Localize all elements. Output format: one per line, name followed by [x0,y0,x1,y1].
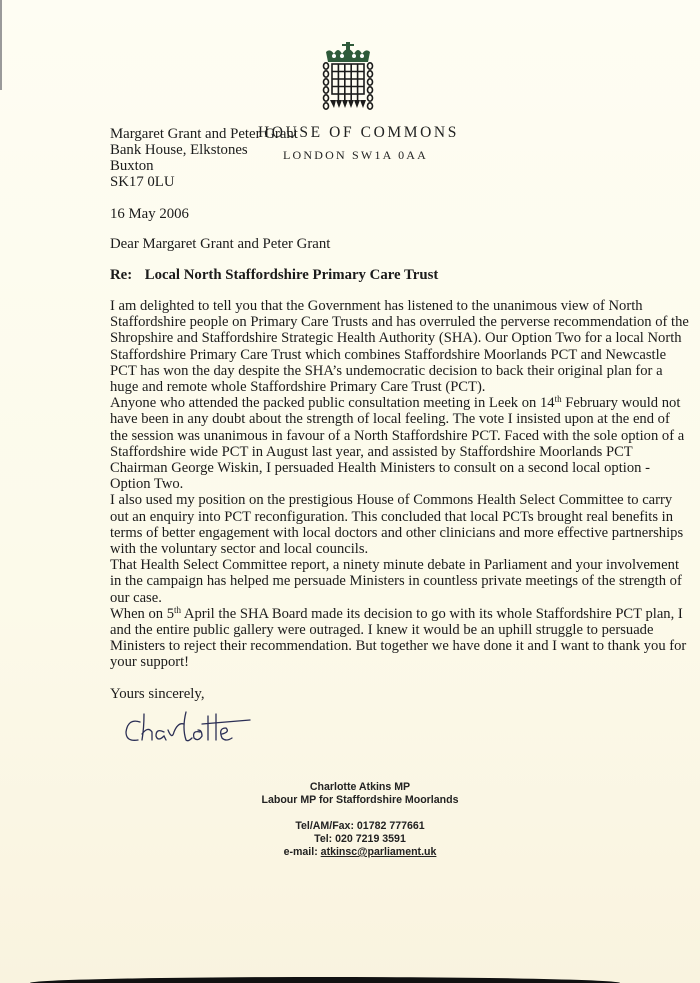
letter-page: HOUSE OF COMMONS LONDON SW1A 0AA Margare… [0,0,700,983]
scan-edge [0,0,2,90]
handwritten-signature [122,708,252,752]
body-paragraph: When on 5th April the SHA Board made its… [110,606,690,671]
body-paragraph: I also used my position on the prestigio… [110,492,690,557]
salutation: Dear Margaret Grant and Peter Grant [110,236,330,253]
sender-email-row: e-mail: atkinsc@parliament.uk [240,846,480,859]
recipient-line: SK17 0LU [110,174,298,190]
letterhead-address: LONDON SW1A 0AA [283,148,428,163]
letter-body: I am delighted to tell you that the Gove… [110,298,690,671]
body-text-span: Anyone who attended the packed public co… [110,395,555,411]
subject-text: Local North Staffordshire Primary Care T… [145,267,439,283]
ordinal-suffix: th [174,605,181,615]
scan-shadow [30,977,620,983]
letter-date: 16 May 2006 [110,206,189,223]
body-text-span: When on 5 [110,606,174,622]
subject-line: Re: Local North Staffordshire Primary Ca… [110,267,438,284]
recipient-line: Buxton [110,158,298,174]
recipient-line: Bank House, Elkstones [110,142,298,158]
body-paragraph: I am delighted to tell you that the Gove… [110,298,690,395]
sender-name: Charlotte Atkins MP [240,781,480,794]
sender-tel: Tel: 020 7219 3591 [240,833,480,846]
sender-tel-fax: Tel/AM/Fax: 01782 777661 [240,820,480,833]
body-text-span: April the SHA Board made its decision to… [110,606,686,671]
email-label: e-mail: [284,846,321,858]
recipient-address: Margaret Grant and Peter Grant Bank Hous… [110,126,298,190]
body-paragraph: That Health Select Committee report, a n… [110,557,690,606]
closing: Yours sincerely, [110,686,205,703]
email-link[interactable]: atkinsc@parliament.uk [321,846,437,858]
sender-role: Labour MP for Staffordshire Moorlands [240,794,480,807]
portcullis-crown-icon [320,42,376,112]
body-paragraph: Anyone who attended the packed public co… [110,395,690,492]
subject-prefix: Re: [110,267,141,284]
sender-block: Charlotte Atkins MP Labour MP for Staffo… [240,781,480,859]
ordinal-suffix: th [555,394,562,404]
recipient-name: Margaret Grant and Peter Grant [110,126,298,142]
